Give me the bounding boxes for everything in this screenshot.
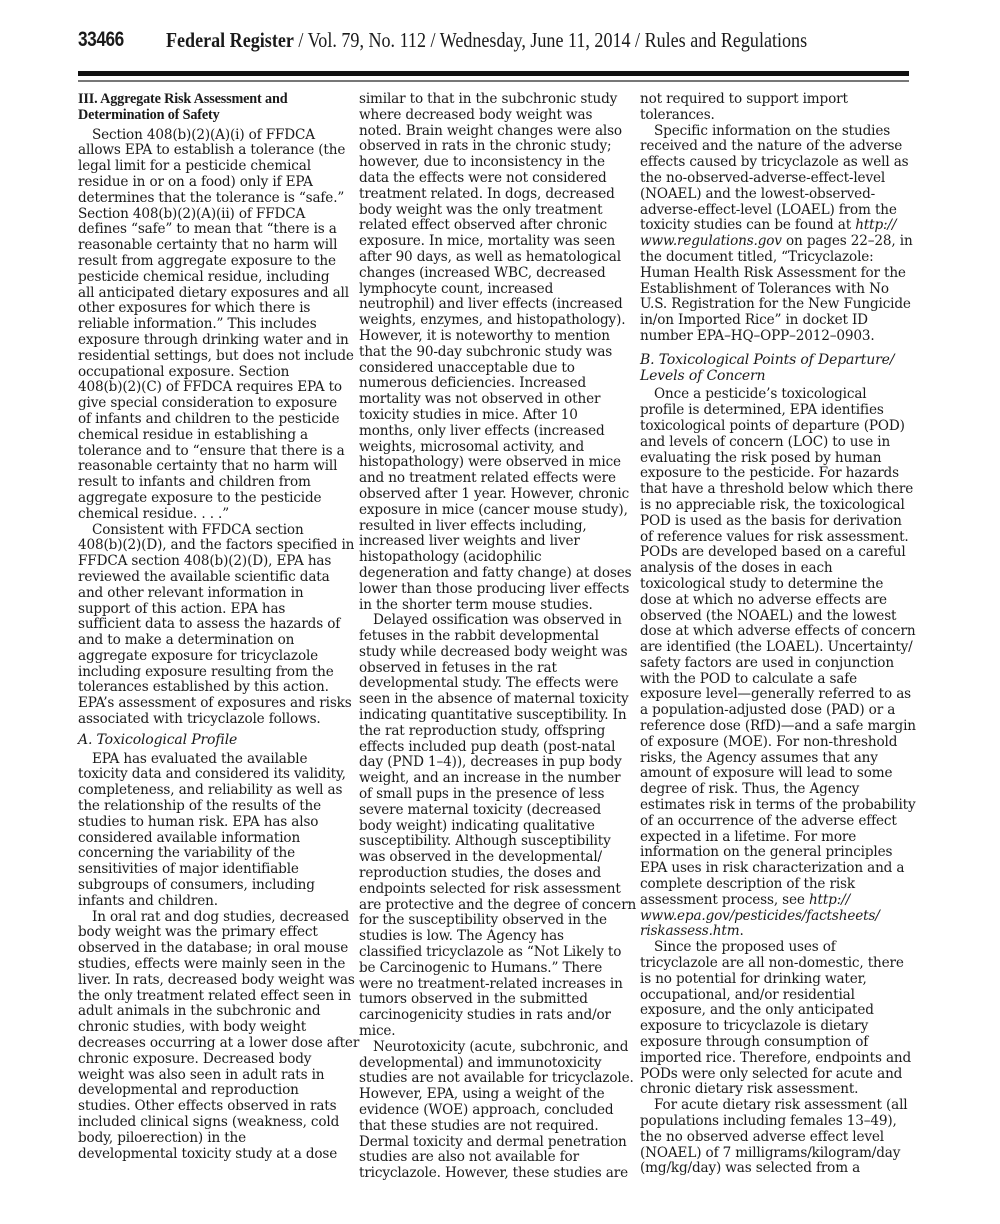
text-line: studies are not available for tricyclazo… [359,1071,625,1087]
url-link[interactable]: http:// [809,892,850,908]
line-text: not required to support import [640,91,848,107]
text-line: reproduction studies, the doses and [359,866,625,882]
line-text: received and the nature of the adverse [640,138,902,154]
text-line: POD is used as the basis for derivation [640,514,910,530]
text-line: aggregate exposure to the pesticide [78,491,344,507]
line-text: exposure to tricyclazole is dietary [640,1018,868,1034]
line-text: that these studies are not required. [359,1118,599,1134]
text-line: amount of exposure will lead to some [640,766,910,782]
column-1: III. Aggregate Risk Assessment andDeterm… [78,92,344,1162]
text-line: PODs are developed based on a careful [640,545,910,561]
text-line: Delayed ossification was observed in [359,613,625,629]
line-text: with the POD to calculate a safe [640,671,857,687]
line-text: assessment process, see [640,892,809,908]
line-text: are identified (the LOAEL). Uncertainty/ [640,639,913,655]
line-text: expected in a lifetime. For more [640,829,856,845]
line-text: tolerances. [640,107,715,123]
line-text: 408(b)(2)(C) of FFDCA requires EPA to [78,379,342,395]
text-line: chemical residue in establishing a [78,428,344,444]
line-text: Levels of Concern [640,368,765,384]
line-text: PODs are developed based on a careful [640,544,906,560]
line-text: occupational exposure. Section [78,364,289,380]
text-line: exposure through consumption of [640,1035,910,1051]
line-text: Once a pesticide’s toxicological [654,386,866,402]
line-text: and no treatment related effects were [359,470,616,486]
text-line: adverse-effect-level (LOAEL) from the [640,203,910,219]
text-line: reference dose (RfD)—and a safe margin [640,719,910,735]
text-line: exposure. In mice, mortality was seen [359,234,625,250]
text-line: however, due to inconsistency in the [359,155,625,171]
line-text: Specific information on the studies [654,123,890,139]
line-text: chronic studies, with body weight [78,1019,306,1035]
text-line: riskassess.htm. [640,924,910,940]
line-text: seen in the absence of maternal toxicity [359,691,629,707]
line-text: exposure through drinking water and in [78,332,349,348]
line-text: residential settings, but does not inclu… [78,348,354,364]
line-text: associated with tricyclazole follows. [78,711,321,727]
text-line: seen in the absence of maternal toxicity [359,692,625,708]
text-line: 408(b)(2)(D), and the factors specified … [78,538,344,554]
text-line: in the shorter term mouse studies. [359,598,625,614]
line-text: after 90 days, as well as hematological [359,249,621,265]
line-text: degeneration and fatty change) at doses [359,565,631,581]
text-line: lower than those producing liver effects [359,582,625,598]
line-text-after: on pages 22–28, in [782,233,913,249]
line-text: (NOAEL) and the lowest-observed- [640,186,875,202]
line-text: aggregate exposure for tricyclazole [78,648,318,664]
line-text: study while decreased body weight was [359,644,627,660]
text-line: noted. Brain weight changes were also [359,124,625,140]
text-line: included clinical signs (weakness, cold [78,1115,344,1131]
text-line: evaluating the risk posed by human [640,451,910,467]
text-line: dose at which adverse effects of concern [640,624,910,640]
line-text: be Carcinogenic to Humans.” There [359,960,602,976]
text-line: concerning the variability of the [78,846,344,862]
text-line: a population-adjusted dose (PAD) or a [640,703,910,719]
text-line: observed in fetuses in the rat [359,661,625,677]
line-text: POD is used as the basis for derivation [640,513,902,529]
text-line: fetuses in the rabbit developmental [359,629,625,645]
text-line: Dermal toxicity and dermal penetration [359,1135,625,1151]
line-text: EPA has evaluated the available [92,751,307,767]
line-text: studies. Other effects observed in rats [78,1098,336,1114]
url-link[interactable]: http:// [855,217,896,233]
text-line: tricyclazole. However, these studies are [359,1166,625,1182]
page-header: 33466 Federal Register / Vol. 79, No. 11… [78,28,908,58]
text-line: legal limit for a pesticide chemical [78,159,344,175]
line-text: chronic exposure. Decreased body [78,1051,311,1067]
line-text: developmental toxicity study at a dose [78,1146,337,1162]
text-line: support of this action. EPA has [78,602,344,618]
issue-info: / Vol. 79, No. 112 / Wednesday, June 11,… [294,28,807,52]
line-text: mortality was not observed in other [359,391,600,407]
text-line: Establishment of Tolerances with No [640,282,910,298]
text-line: in/on Imported Rice” in docket ID [640,313,910,329]
text-line: toxicological study to determine the [640,577,910,593]
text-line: day (PND 1–4)), decreases in pup body [359,755,625,771]
line-text: amount of exposure will lead to some [640,765,892,781]
line-text: resulted in liver effects including, [359,518,587,534]
line-text: risks, the Agency assumes that any [640,750,878,766]
text-line: indicating quantitative susceptibility. … [359,708,625,724]
line-text: other exposures for which there is [78,300,310,316]
text-line: including exposure resulting from the [78,665,344,681]
section-heading: Determination of Safety [78,108,344,124]
subsection-heading: A. Toxicological Profile [78,733,344,749]
line-text: developmental study. The effects were [359,675,618,691]
text-line: months, only liver effects (increased [359,424,625,440]
line-text: body weight) indicating qualitative [359,818,595,834]
text-line: weight was also seen in adult rats in [78,1068,344,1084]
text-line: histopathology) were observed in mice [359,455,625,471]
line-text: A. Toxicological Profile [78,732,237,748]
text-line: not required to support import [640,92,910,108]
line-text: reasonable certainty that no harm will [78,458,337,474]
text-line: tricyclazole are all non-domestic, there [640,956,910,972]
line-text: PODs were only selected for acute and [640,1066,902,1082]
text-line: body, piloerection) in the [78,1131,344,1147]
text-line: histopathology (acidophilic [359,550,625,566]
publication-name: Federal Register [166,28,294,52]
line-text: weights, enzymes, and histopathology). [359,312,625,328]
line-text: fetuses in the rabbit developmental [359,628,599,644]
line-text: concerning the variability of the [78,845,295,861]
text-line: after 90 days, as well as hematological [359,250,625,266]
line-text: exposure through consumption of [640,1034,868,1050]
line-text: safety factors are used in conjunction [640,655,894,671]
text-line: developmental and reproduction [78,1083,344,1099]
text-line: studies, effects were mainly seen in the [78,957,344,973]
line-text: tolerance and to “ensure that there is a [78,443,345,459]
text-line: sensitivities of major identifiable [78,862,344,878]
line-text: exposure, and the only anticipated [640,1002,874,1018]
text-line: decreases occurring at a lower dose afte… [78,1036,344,1052]
text-line: expected in a lifetime. For more [640,830,910,846]
line-text: liver. In rats, decreased body weight wa… [78,972,355,988]
line-text: carcinogenicity studies in rats and/or [359,1007,611,1023]
line-text: the document titled, “Tricyclazole: [640,249,874,265]
line-text: B. Toxicological Points of Departure/ [640,352,894,368]
line-text: for the susceptibility observed in the [359,912,607,928]
text-line: subgroups of consumers, including [78,878,344,894]
line-text: occupational, and/or residential [640,987,855,1003]
text-line: where decreased body weight was [359,108,625,124]
line-text: studies to human risk. EPA has also [78,814,318,830]
text-line: www.regulations.gov on pages 22–28, in [640,234,910,250]
text-line: numerous deficiencies. Increased [359,376,625,392]
text-line: weight, and an increase in the number [359,771,625,787]
page-number: 33466 [78,28,124,52]
text-line: neutrophil) and liver effects (increased [359,297,625,313]
text-line: tolerances established by this action. [78,680,344,696]
text-line: result to infants and children from [78,475,344,491]
text-line: all anticipated dietary exposures and al… [78,286,344,302]
text-line: the no-observed-adverse-effect-level [640,171,910,187]
url-link[interactable]: www.epa.gov/pesticides/factsheets/ [640,908,880,924]
text-line: treatment related. In dogs, decreased [359,187,625,203]
line-text: weight was also seen in adult rats in [78,1067,324,1083]
line-text: completeness, and reliability as well as [78,782,342,798]
line-text: exposure level—generally referred to as [640,686,911,702]
text-line: complete description of the risk [640,877,910,893]
line-text: reliable information.” This includes [78,316,317,332]
text-line: liver. In rats, decreased body weight wa… [78,973,344,989]
line-text: tolerances established by this action. [78,679,329,695]
line-text: that the 90-day subchronic study was [359,344,612,360]
text-line: body weight was the primary effect [78,925,344,941]
line-text: changes (increased WBC, decreased [359,265,606,281]
line-text: adult animals in the subchronic and [78,1003,320,1019]
text-line: evidence (WOE) approach, concluded [359,1103,625,1119]
text-line: with the POD to calculate a safe [640,672,910,688]
text-line: reviewed the available scientific data [78,570,344,586]
text-line: However, EPA, using a weight of the [359,1087,625,1103]
line-text: susceptibility. Although susceptibility [359,833,611,849]
line-text: Neurotoxicity (acute, subchronic, and [373,1039,628,1055]
line-text: considered available information [78,830,300,846]
line-text: Section 408(b)(2)(A)(i) of FFDCA [92,127,315,143]
text-line: observed in rats in the chronic study; [359,139,625,155]
text-line: effects included pup death (post-natal [359,740,625,756]
line-text: analysis of the doses in each [640,560,833,576]
line-text: in/on Imported Rice” in docket ID [640,312,868,328]
line-text: Human Health Risk Assessment for the [640,265,906,281]
text-line: changes (increased WBC, decreased [359,266,625,282]
line-text: of small pups in the presence of less [359,786,604,802]
line-text: number EPA–HQ–OPP–2012–0903. [640,328,875,344]
text-line: observed (the NOAEL) and the lowest [640,609,910,625]
line-text: however, due to inconsistency in the [359,154,605,170]
text-line: susceptibility. Although susceptibility [359,834,625,850]
line-text: observed after 1 year. However, chronic [359,486,629,502]
line-text: and to make a determination on [78,632,294,648]
line-text: dose at which adverse effects of concern [640,623,915,639]
text-line: safety factors are used in conjunction [640,656,910,672]
line-text: is no appreciable risk, the toxicologica… [640,497,905,513]
line-text: infants and children. [78,893,218,909]
line-text: tricyclazole. However, these studies are [359,1165,628,1181]
text-line: carcinogenicity studies in rats and/or [359,1008,625,1024]
text-line: the only treatment related effect seen i… [78,989,344,1005]
text-line: reasonable certainty that no harm will [78,238,344,254]
text-line: U.S. Registration for the New Fungicide [640,297,910,313]
subsection-heading: Levels of Concern [640,369,910,385]
text-line: of infants and children to the pesticide [78,412,344,428]
text-line: exposure through drinking water and in [78,333,344,349]
line-text: Section 408(b)(2)(A)(ii) of FFDCA [78,206,305,222]
line-text: studies is low. The Agency has [359,928,564,944]
text-line: chemical residue. . . .” [78,507,344,523]
line-text: months, only liver effects (increased [359,423,605,439]
text-line: weights, microsomal activity, and [359,440,625,456]
line-text: weights, microsomal activity, and [359,439,584,455]
line-text: defines “safe” to mean that “there is a [78,221,337,237]
header-rule-thick [78,71,909,76]
line-text: (NOAEL) of 7 milligrams/kilogram/day [640,1145,900,1161]
line-text: of infants and children to the pesticide [78,411,339,427]
text-line: dose at which no adverse effects are [640,593,910,609]
line-text: reference dose (RfD)—and a safe margin [640,718,916,734]
text-line: infants and children. [78,894,344,910]
text-line: Once a pesticide’s toxicological [640,387,910,403]
text-line: and other relevant information in [78,586,344,602]
line-text: related effect observed after chronic [359,217,607,233]
text-line: associated with tricyclazole follows. [78,712,344,728]
line-text: exposure in mice (cancer mouse study), [359,502,628,518]
line-text: day (PND 1–4)), decreases in pup body [359,754,622,770]
line-text: toxicological study to determine the [640,576,883,592]
line-text: toxicity data and considered its validit… [78,766,346,782]
line-text: neutrophil) and liver effects (increased [359,296,623,312]
line-text: allows EPA to establish a tolerance (the [78,142,345,158]
line-text: the no observed adverse effect level [640,1129,884,1145]
text-line: are identified (the LOAEL). Uncertainty/ [640,640,910,656]
text-line: study while decreased body weight was [359,645,625,661]
text-line: www.epa.gov/pesticides/factsheets/ [640,909,910,925]
line-text: result from aggregate exposure to the [78,253,336,269]
line-text: developmental) and immunotoxicity [359,1055,601,1071]
line-text: aggregate exposure to the pesticide [78,490,321,506]
line-text: observed (the NOAEL) and the lowest [640,608,896,624]
text-line: studies is low. The Agency has [359,929,625,945]
line-text: all anticipated dietary exposures and al… [78,285,349,301]
line-text: and other relevant information in [78,585,303,601]
running-head: Federal Register / Vol. 79, No. 112 / We… [166,28,807,53]
line-text: Determination of Safety [78,107,220,123]
text-line: the rat reproduction study, offspring [359,724,625,740]
line-text: III. Aggregate Risk Assessment and [78,91,287,107]
text-line: tumors observed in the submitted [359,992,625,1008]
line-text: sensitivities of major identifiable [78,861,299,877]
text-line: result from aggregate exposure to the [78,254,344,270]
line-text: histopathology) were observed in mice [359,454,621,470]
text-line: developmental study. The effects were [359,676,625,692]
line-text: the relationship of the results of the [78,798,321,814]
line-text: chemical residue in establishing a [78,427,308,443]
line-text: data the effects were not considered [359,170,607,186]
text-line: chronic studies, with body weight [78,1020,344,1036]
text-line: developmental) and immunotoxicity [359,1056,625,1072]
text-line: EPA has evaluated the available [78,752,344,768]
text-line: Since the proposed uses of [640,940,910,956]
text-line: FFDCA section 408(b)(2)(D), EPA has [78,554,344,570]
line-text: studies are not available for tricyclazo… [359,1070,634,1086]
line-text: reasonable certainty that no harm will [78,237,337,253]
text-line: exposure, and the only anticipated [640,1003,910,1019]
text-line: of exposure (MOE). For non-threshold [640,735,910,751]
text-line: were no treatment-related increases in [359,977,625,993]
line-text: In oral rat and dog studies, decreased [92,909,349,925]
line-text: body weight was the primary effect [78,924,318,940]
text-line: toxicological points of departure (POD) [640,419,910,435]
line-text: effects included pup death (post-natal [359,739,615,755]
line-text: effects caused by tricyclazole as well a… [640,154,909,170]
line-text: histopathology (acidophilic [359,549,542,565]
line-text: chronic dietary risk assessment. [640,1081,858,1097]
text-line: for the susceptibility observed in the [359,913,625,929]
url-link[interactable]: riskassess.htm [640,923,739,939]
text-line: considered available information [78,831,344,847]
line-text: FFDCA section 408(b)(2)(D), EPA has [78,553,331,569]
line-text: lower than those producing liver effects [359,581,629,597]
line-text: lymphocyte count, increased [359,281,553,297]
text-line: mice. [359,1024,625,1040]
text-line: EPA’s assessment of exposures and risks [78,696,344,712]
text-line: exposure in mice (cancer mouse study), [359,503,625,519]
line-text: 408(b)(2)(D), and the factors specified … [78,537,354,553]
text-line: information on the general principles [640,845,910,861]
url-link[interactable]: www.regulations.gov [640,233,782,249]
line-text: legal limit for a pesticide chemical [78,158,311,174]
line-text: information on the general principles [640,844,892,860]
text-line: toxicity data and considered its validit… [78,767,344,783]
line-text: tumors observed in the submitted [359,991,588,1007]
text-line: profile is determined, EPA identifies [640,403,910,419]
text-line: allows EPA to establish a tolerance (the [78,143,344,159]
line-text: Delayed ossification was observed in [373,612,622,628]
text-line: the document titled, “Tricyclazole: [640,250,910,266]
text-line: (NOAEL) of 7 milligrams/kilogram/day [640,1146,910,1162]
line-text: dose at which no adverse effects are [640,592,887,608]
text-line: effects caused by tricyclazole as well a… [640,155,910,171]
text-line: Consistent with FFDCA section [78,523,344,539]
text-line: chronic exposure. Decreased body [78,1052,344,1068]
line-text: considered unacceptable due to [359,360,575,376]
line-text: Since the proposed uses of [654,939,836,955]
text-line: increased liver weights and liver [359,534,625,550]
text-line: the relationship of the results of the [78,799,344,815]
text-line: give special consideration to exposure [78,396,344,412]
line-text-after: . [739,923,743,939]
text-line: data the effects were not considered [359,171,625,187]
text-line: studies to human risk. EPA has also [78,815,344,831]
line-text: degree of risk. Thus, the Agency [640,781,859,797]
line-text: endpoints selected for risk assessment [359,881,621,897]
line-text: increased liver weights and liver [359,533,580,549]
line-text: including exposure resulting from the [78,664,334,680]
text-line: that have a threshold below which there [640,482,910,498]
line-text: toxicological points of departure (POD) [640,418,905,434]
text-line: and no treatment related effects were [359,471,625,487]
line-text: weight, and an increase in the number [359,770,620,786]
line-text: determines that the tolerance is “safe.” [78,190,344,206]
text-line: chronic dietary risk assessment. [640,1082,910,1098]
text-line: lymphocyte count, increased [359,282,625,298]
text-line: related effect observed after chronic [359,218,625,234]
line-text: classified tricyclazole as “Not Likely t… [359,944,621,960]
line-text: similar to that in the subchronic study [359,91,617,107]
line-text: decreases occurring at a lower dose afte… [78,1035,359,1051]
line-text: developmental and reproduction [78,1082,299,1098]
line-text: was observed in the developmental/ [359,849,602,865]
line-text: evaluating the risk posed by human [640,450,881,466]
line-text: subgroups of consumers, including [78,877,315,893]
text-line: exposure to the pesticide. For hazards [640,466,910,482]
text-line: body weight) indicating qualitative [359,819,625,835]
line-text: evidence (WOE) approach, concluded [359,1102,613,1118]
line-text: profile is determined, EPA identifies [640,402,884,418]
text-line: Neurotoxicity (acute, subchronic, and [359,1040,625,1056]
line-text: reproduction studies, the doses and [359,865,601,881]
line-text: (mg/kg/day) was selected from a [640,1160,860,1176]
line-text: in the shorter term mouse studies. [359,597,593,613]
line-text: studies, effects were mainly seen in the [78,956,345,972]
text-line: studies. Other effects observed in rats [78,1099,344,1115]
line-text: the no-observed-adverse-effect-level [640,170,885,186]
line-text: pesticide chemical residue, including [78,269,329,285]
text-line: was observed in the developmental/ [359,850,625,866]
line-text: adverse-effect-level (LOAEL) from the [640,202,897,218]
